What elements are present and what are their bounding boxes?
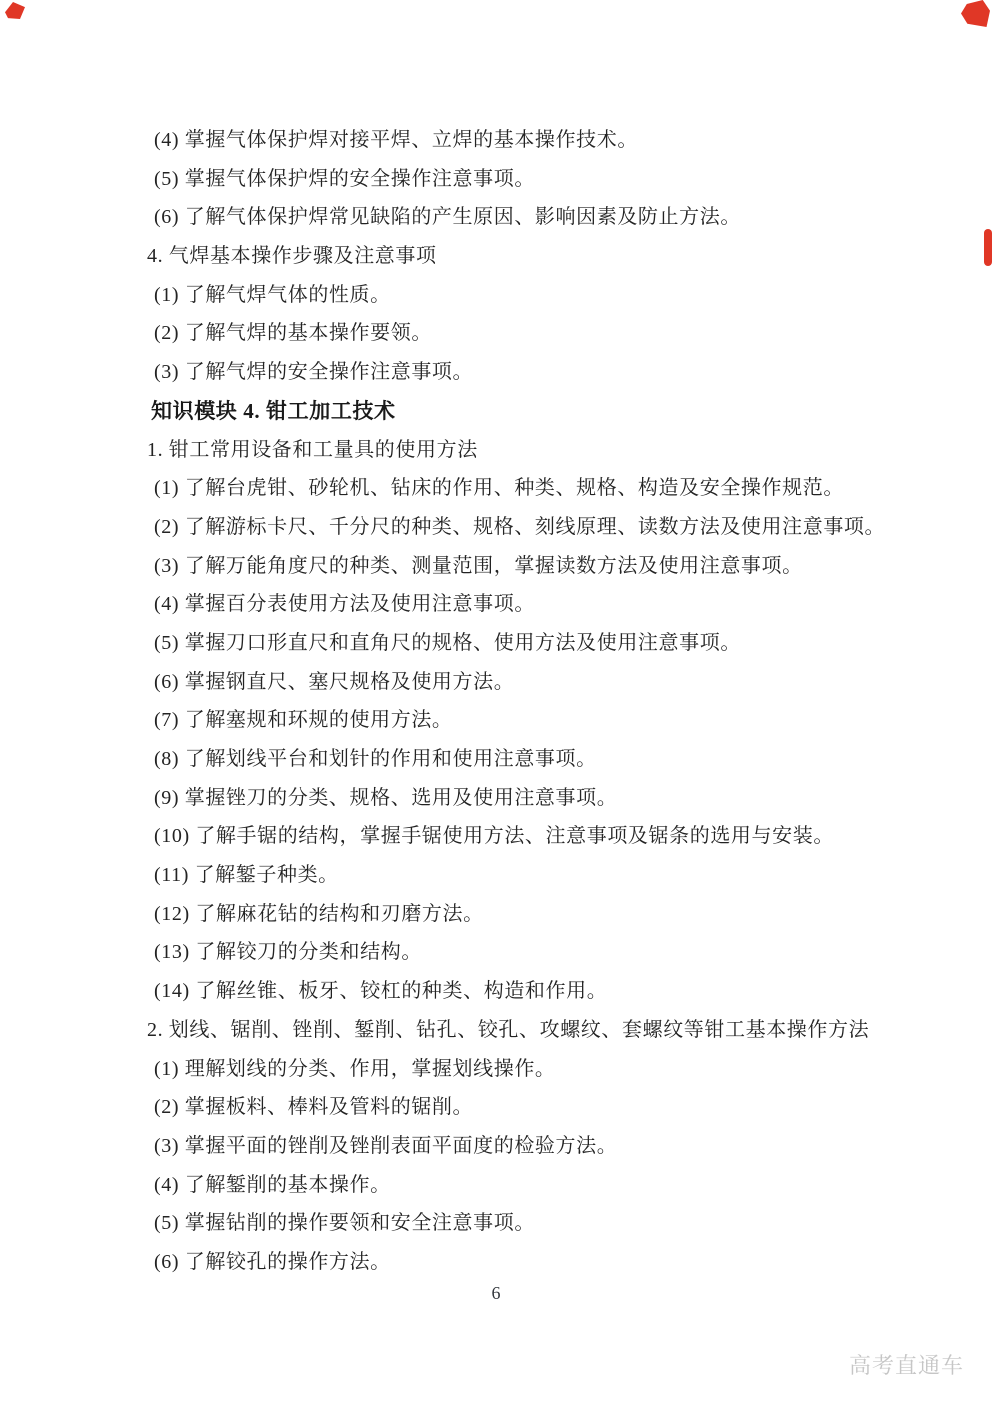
- section-title-line: 2. 划线、锯削、锉削、錾削、钻孔、铰孔、攻螺纹、套螺纹等钳工基本操作方法: [0, 1011, 992, 1050]
- syllabus-item-line: (6) 掌握钢直尺、塞尺规格及使用方法。: [0, 663, 992, 702]
- red-scan-artifact-top-right: [961, 0, 990, 27]
- section-title-line: 4. 气焊基本操作步骤及注意事项: [0, 237, 992, 276]
- syllabus-item-line: (4) 掌握气体保护焊对接平焊、立焊的基本操作技术。: [0, 121, 992, 160]
- syllabus-item-line: (1) 了解台虎钳、砂轮机、钻床的作用、种类、规格、构造及安全操作规范。: [0, 469, 992, 508]
- syllabus-item-line: (8) 了解划线平台和划针的作用和使用注意事项。: [0, 740, 992, 779]
- syllabus-item-line: (13) 了解铰刀的分类和结构。: [0, 933, 992, 972]
- syllabus-item-line: (6) 了解气体保护焊常见缺陷的产生原因、影响因素及防止方法。: [0, 198, 992, 237]
- syllabus-item-line: (6) 了解铰孔的操作方法。: [0, 1243, 992, 1282]
- syllabus-item-line: (4) 了解錾削的基本操作。: [0, 1166, 992, 1205]
- syllabus-item-line: (2) 了解气焊的基本操作要领。: [0, 314, 992, 353]
- syllabus-item-line: (3) 掌握平面的锉削及锉削表面平面度的检验方法。: [0, 1127, 992, 1166]
- syllabus-item-line: (4) 掌握百分表使用方法及使用注意事项。: [0, 585, 992, 624]
- syllabus-item-line: (5) 掌握钻削的操作要领和安全注意事项。: [0, 1204, 992, 1243]
- syllabus-item-line: (11) 了解錾子种类。: [0, 856, 992, 895]
- syllabus-item-line: (1) 理解划线的分类、作用，掌握划线操作。: [0, 1050, 992, 1089]
- syllabus-item-line: (5) 掌握气体保护焊的安全操作注意事项。: [0, 160, 992, 199]
- syllabus-item-line: (14) 了解丝锥、板牙、铰杠的种类、构造和作用。: [0, 972, 992, 1011]
- document-body: (4) 掌握气体保护焊对接平焊、立焊的基本操作技术。(5) 掌握气体保护焊的安全…: [0, 121, 992, 1282]
- watermark: 高考直通车: [849, 1349, 964, 1380]
- red-scan-artifact-top-left: [5, 2, 25, 19]
- section-title-line: 1. 钳工常用设备和工量具的使用方法: [0, 431, 992, 470]
- module-heading: 知识模块 4. 钳工加工技术: [0, 392, 992, 431]
- syllabus-item-line: (3) 了解气焊的安全操作注意事项。: [0, 353, 992, 392]
- page-number: 6: [0, 1283, 992, 1304]
- syllabus-item-line: (5) 掌握刀口形直尺和直角尺的规格、使用方法及使用注意事项。: [0, 624, 992, 663]
- syllabus-item-line: (9) 掌握锉刀的分类、规格、选用及使用注意事项。: [0, 779, 992, 818]
- syllabus-item-line: (2) 掌握板料、棒料及管料的锯削。: [0, 1088, 992, 1127]
- syllabus-item-line: (12) 了解麻花钻的结构和刃磨方法。: [0, 895, 992, 934]
- syllabus-item-line: (2) 了解游标卡尺、千分尺的种类、规格、刻线原理、读数方法及使用注意事项。: [0, 508, 992, 547]
- syllabus-item-line: (1) 了解气焊气体的性质。: [0, 276, 992, 315]
- document-page: (4) 掌握气体保护焊对接平焊、立焊的基本操作技术。(5) 掌握气体保护焊的安全…: [0, 0, 992, 1403]
- syllabus-item-line: (3) 了解万能角度尺的种类、测量范围，掌握读数方法及使用注意事项。: [0, 547, 992, 586]
- syllabus-item-line: (10) 了解手锯的结构，掌握手锯使用方法、注意事项及锯条的选用与安装。: [0, 817, 992, 856]
- syllabus-item-line: (7) 了解塞规和环规的使用方法。: [0, 701, 992, 740]
